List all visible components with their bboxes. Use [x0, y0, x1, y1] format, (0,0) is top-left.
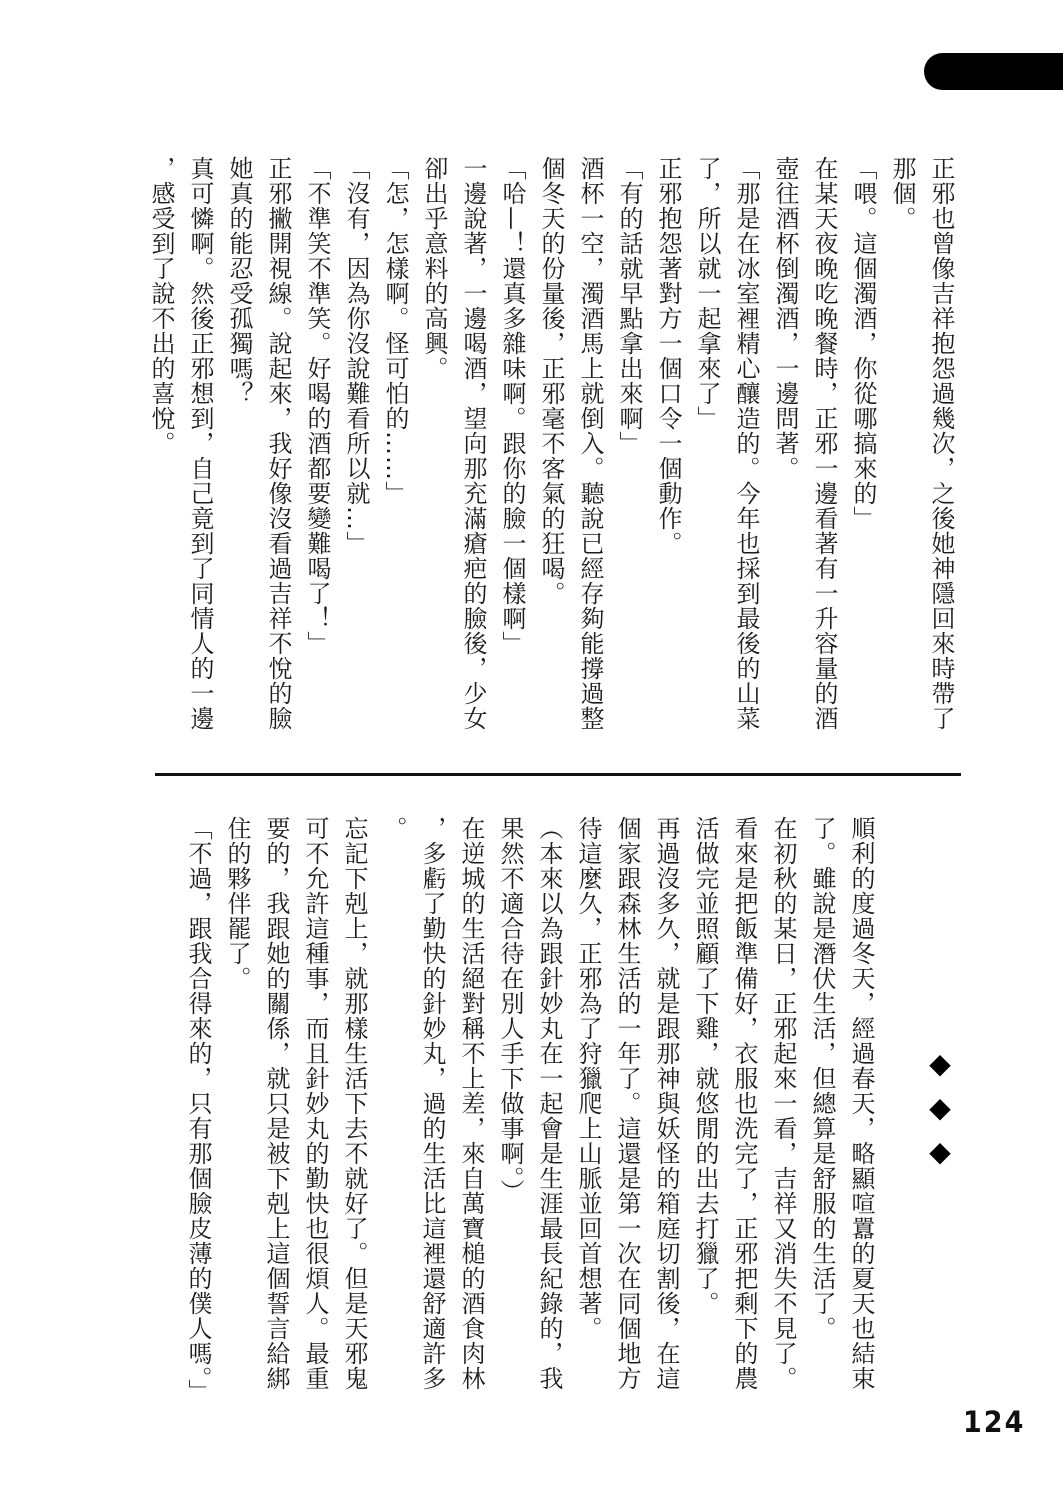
text-column: 了。雖說是潛伏生活，但總算是舒服的生活了。 — [802, 816, 841, 1441]
text-column: 待這麼久，正邪為了狩獵爬上山脈並回首想著。 — [568, 816, 607, 1441]
text-column: 酒杯一空，濁酒馬上就倒入。聽說已經存夠能撐過整 — [570, 156, 609, 756]
text-column: （本來以為跟針妙丸在一起會是生涯最長紀錄的，我 — [529, 816, 568, 1441]
text-column: 「沒有，因為你沒說難看所以就…」 — [336, 156, 375, 756]
section-divider — [155, 773, 961, 776]
text-column: 看來是把飯準備好，衣服也洗完了，正邪把剩下的農 — [724, 816, 763, 1441]
text-column: 一邊說著，一邊喝酒，望向那充滿瘡疤的臉後，少女 — [453, 156, 492, 756]
text-column: 忘記下剋上，就那樣生活下去不就好了。但是天邪鬼 — [334, 816, 373, 1441]
text-column: 。 — [373, 816, 412, 1441]
text-column: 再過沒多久，就是跟那神與妖怪的箱庭切割後，在這 — [646, 816, 685, 1441]
text-column: 正邪抱怨著對方一個口令一個動作。 — [648, 156, 687, 756]
text-column: 順利的度過冬天，經過春天，略顯喧囂的夏天也結束 — [841, 816, 880, 1441]
text-column: 真可憐啊。然後正邪想到，自己竟到了同情人的一邊 — [180, 156, 219, 756]
text-column: 正邪也曾像吉祥抱怨過幾次，之後她神隱回來時帶了 — [921, 156, 960, 756]
page-number: 124 — [963, 1406, 1025, 1439]
text-column: 了，所以就一起拿來了」 — [687, 156, 726, 756]
text-column: 卻出乎意料的高興。 — [414, 156, 453, 756]
text-column: 「怎，怎樣啊。怪可怕的……」 — [375, 156, 414, 756]
text-column: 可不允許這種事，而且針妙丸的勤快也很煩人。最重 — [295, 816, 334, 1441]
text-column: ，感受到了說不出的喜悅。 — [141, 156, 180, 756]
text-column: 正邪撇開視線。說起來，我好像沒看過吉祥不悅的臉 — [258, 156, 297, 756]
text-column: 在初秋的某日，正邪起來一看，吉祥又消失不見了。 — [763, 816, 802, 1441]
text-column: 活做完並照顧了下雞，就悠閒的出去打獵了。 — [685, 816, 724, 1441]
text-column: 個家跟森林生活的一年了。這還是第一次在同個地方 — [607, 816, 646, 1441]
text-column: 果然不適合待在別人手下做事啊。） — [490, 816, 529, 1441]
text-column: 那個。 — [882, 156, 921, 756]
text-column: 「哈—！還真多雜味啊。跟你的臉一個樣啊」 — [492, 156, 531, 756]
text-column: 住的夥伴罷了。 — [217, 816, 256, 1441]
page-corner-tab — [924, 53, 1063, 90]
book-page: 正邪也曾像吉祥抱怨過幾次，之後她神隱回來時帶了那個。「喂。這個濁酒，你從哪搞來的… — [0, 0, 1063, 1495]
text-column: 「不過，跟我合得來的，只有那個臉皮薄的僕人嗎。」 — [178, 816, 217, 1441]
bottom-text-section: 順利的度過冬天，經過春天，略顯喧囂的夏天也結束了。雖說是潛伏生活，但總算是舒服的… — [178, 816, 880, 1441]
text-column: 在某天夜晚吃晚餐時，正邪一邊看著有一升容量的酒 — [804, 156, 843, 756]
text-column: 她真的能忍受孤獨嗎？ — [219, 156, 258, 756]
text-column: 「喂。這個濁酒，你從哪搞來的」 — [843, 156, 882, 756]
text-column: 壺往酒杯倒濁酒，一邊問著。 — [765, 156, 804, 756]
text-column: 「不準笑不準笑。好喝的酒都要變難喝了！」 — [297, 156, 336, 756]
text-column: 在逆城的生活絕對稱不上差，來自萬寶槌的酒食肉林 — [451, 816, 490, 1441]
text-column: 要的，我跟她的關係，就只是被下剋上這個誓言給綁 — [256, 816, 295, 1441]
diamond-icon: ◆ — [929, 1050, 951, 1078]
diamond-icon: ◆ — [929, 1138, 951, 1166]
top-text-section: 正邪也曾像吉祥抱怨過幾次，之後她神隱回來時帶了那個。「喂。這個濁酒，你從哪搞來的… — [141, 156, 960, 756]
text-column: ，多虧了勤快的針妙丸，過的生活比這裡還舒適許多 — [412, 816, 451, 1441]
text-column: 個冬天的份量後，正邪毫不客氣的狂喝。 — [531, 156, 570, 756]
text-column: 「那是在冰室裡精心釀造的。今年也採到最後的山菜 — [726, 156, 765, 756]
text-column: 「有的話就早點拿出來啊」 — [609, 156, 648, 756]
section-break-diamonds: ◆◆◆ — [924, 1050, 956, 1166]
diamond-icon: ◆ — [929, 1094, 951, 1122]
